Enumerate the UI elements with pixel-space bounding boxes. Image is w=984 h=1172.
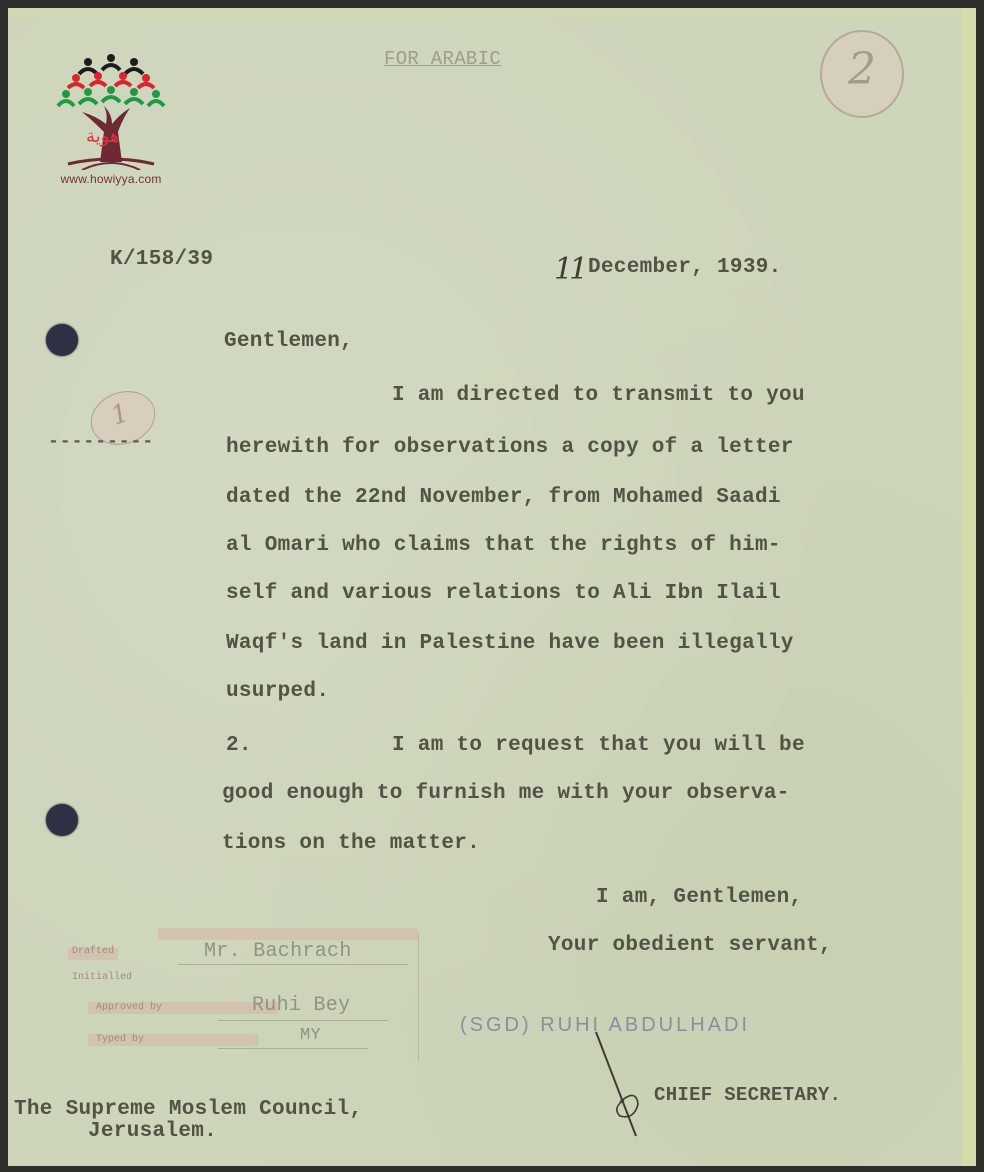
document-page: هوية www.howiyya.com FOR ARABIC 2 K/158/… [8, 8, 976, 1166]
folio-number: 2 [822, 44, 902, 95]
punch-hole [46, 804, 78, 836]
punch-hole [46, 324, 78, 356]
folio-number-circle: 2 [820, 30, 904, 118]
closing-line: I am, Gentlemen, [596, 886, 802, 909]
stamp-underline [218, 1048, 368, 1049]
handwritten-day: 11 [554, 252, 584, 287]
stamp-drafted-value: Mr. Bachrach [204, 940, 352, 963]
letter-date: December, 1939. [588, 256, 782, 279]
logo-url: www.howiyya.com [48, 172, 174, 186]
paragraph1-line: self and various relations to Ali Ibn Il… [226, 582, 781, 605]
stamp-underline [178, 964, 408, 965]
stamp-underline [218, 1020, 388, 1021]
stamp-label: Drafted [72, 946, 114, 957]
paragraph2-number: 2. [226, 734, 252, 757]
paragraph1-line: Waqf's land in Palestine have been illeg… [226, 632, 794, 655]
howiyya-logo: هوية www.howiyya.com [48, 50, 174, 190]
stamp-label: Typed by [96, 1034, 144, 1045]
paragraph1-line: I am directed to transmit to you [392, 384, 805, 407]
paragraph1-line: herewith for observations a copy of a le… [226, 436, 794, 459]
paragraph1-line: dated the 22nd November, from Mohamed Sa… [226, 486, 781, 509]
paragraph2-line: tions on the matter. [222, 832, 480, 855]
logo-arabic-text: هوية [86, 126, 119, 147]
paragraph2-line: good enough to furnish me with your obse… [222, 782, 790, 805]
reference-number: K/158/39 [110, 248, 213, 271]
routing-stamp: Drafted Mr. Bachrach Initialled Approved… [68, 934, 419, 1062]
tree-people-icon [48, 50, 174, 170]
paragraph1-line: al Omari who claims that the rights of h… [226, 534, 781, 557]
margin-dashes: --------- [48, 432, 154, 452]
closing-line: Your obedient servant, [548, 934, 832, 957]
stamp-ink-mark [158, 928, 418, 940]
stamp-typed-value: MY [300, 1026, 321, 1045]
stamp-approved-value: Ruhi Bey [252, 994, 350, 1017]
stamp-label: Approved by [96, 1002, 162, 1013]
salutation: Gentlemen, [224, 330, 353, 353]
addressee-city: Jerusalem. [88, 1120, 217, 1143]
paragraph1-line: usurped. [226, 680, 329, 703]
stamp-label: Initialled [72, 972, 132, 983]
for-arabic-stamp: FOR ARABIC [384, 48, 501, 70]
paragraph2-line: I am to request that you will be [392, 734, 805, 757]
signatory-title: CHIEF SECRETARY. [654, 1084, 841, 1106]
addressee-name: The Supreme Moslem Council, [14, 1098, 362, 1121]
signature-stroke-icon [590, 1028, 650, 1140]
margin-enclosure-number: 1 [107, 398, 133, 432]
